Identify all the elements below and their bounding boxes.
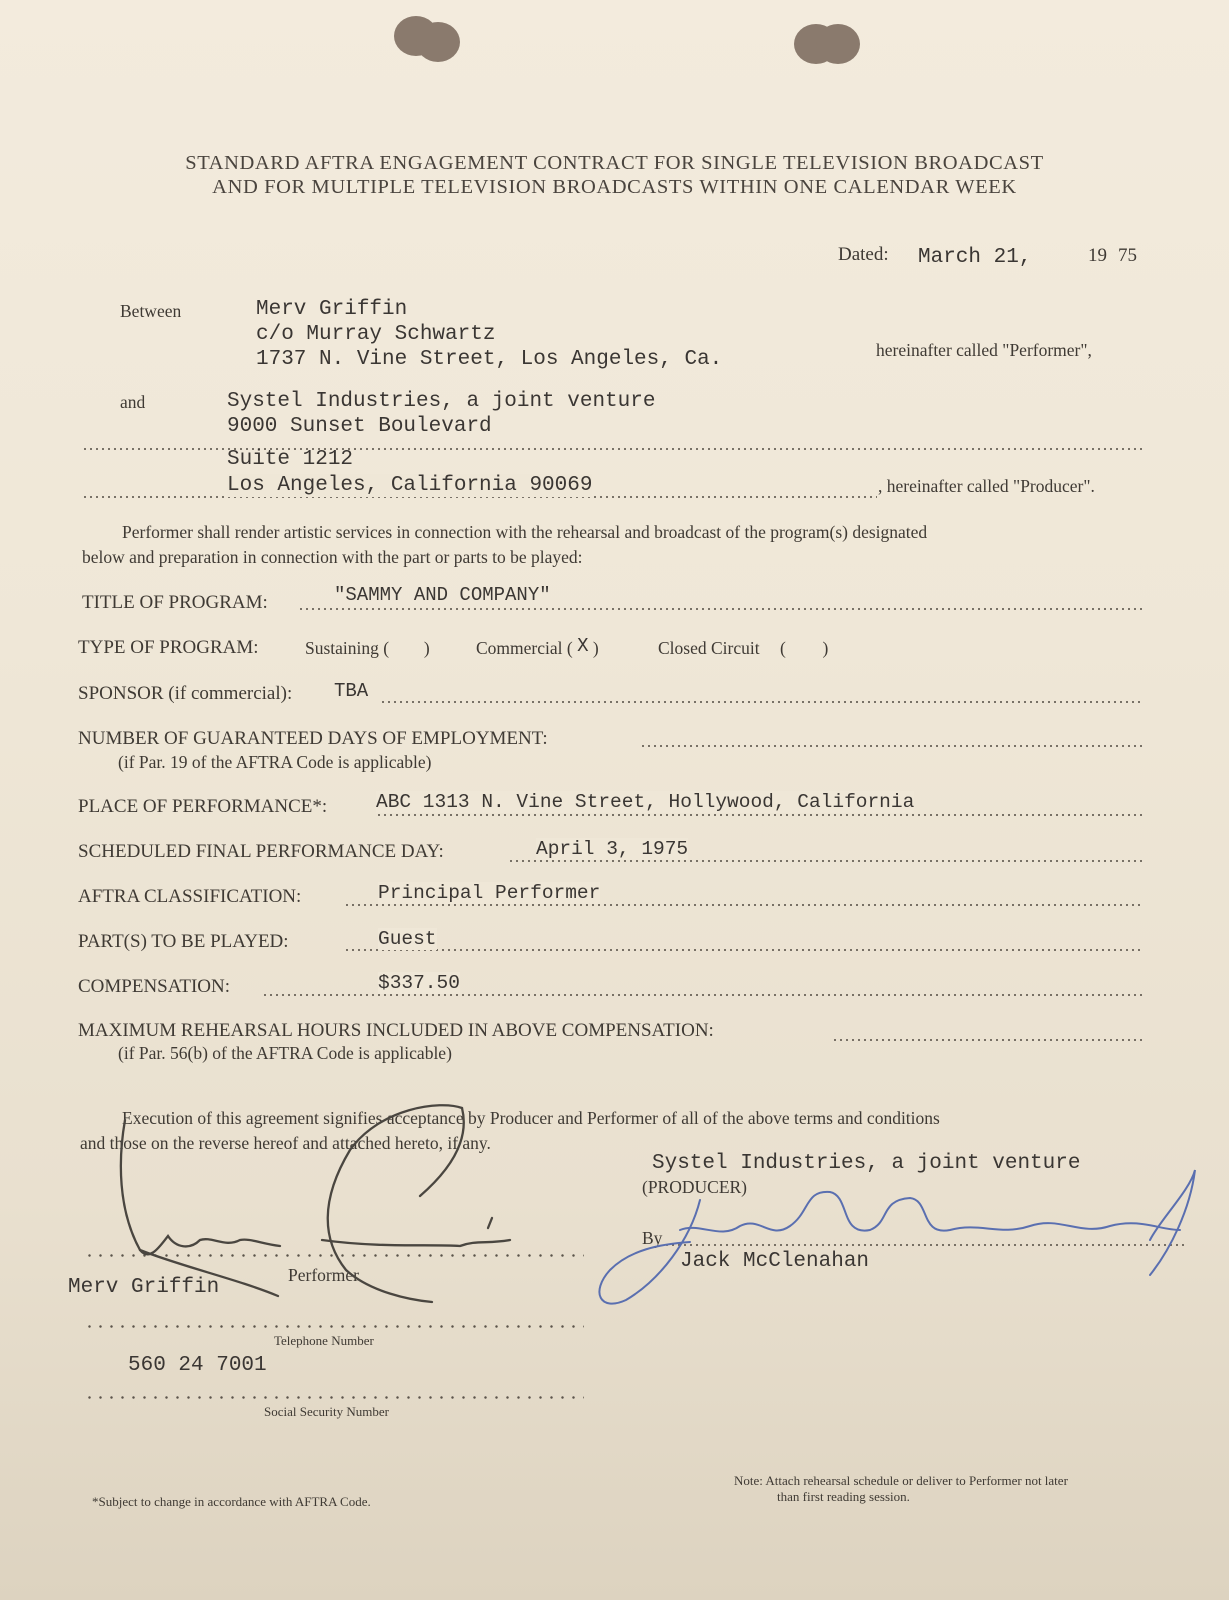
contract-page: STANDARD AFTRA ENGAGEMENT CONTRACT FOR S…: [0, 0, 1229, 1600]
producer-handwritten-signature: [0, 0, 1229, 1600]
note-line1: Note: Attach rehearsal schedule or deliv…: [734, 1473, 1068, 1489]
footnote: *Subject to change in accordance with AF…: [92, 1494, 371, 1510]
note-line2: than first reading session.: [777, 1489, 910, 1505]
